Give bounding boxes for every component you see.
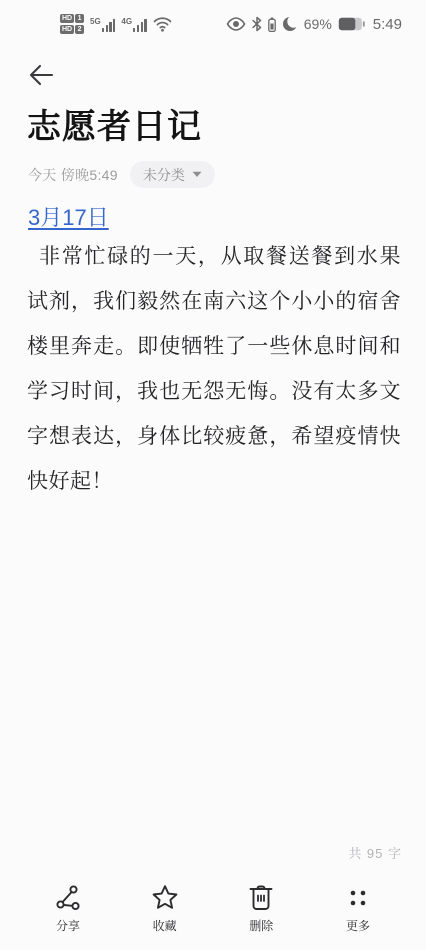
more-icon — [342, 882, 374, 914]
note-body-text[interactable]: 非常忙碌的一天，从取餐送餐到水果试剂，我们毅然在南六这个小小的宿舍楼里奔走。即使… — [27, 234, 401, 504]
network-type-label: 5G — [90, 18, 101, 26]
sim2-badge: 2 — [75, 25, 84, 34]
note-meta-row: 今天 傍晚5:49 未分类 — [28, 161, 402, 188]
signal-bars-icon — [102, 19, 116, 32]
wifi-icon — [153, 16, 172, 32]
bottom-toolbar: 分享 收藏 删除 — [0, 878, 426, 950]
share-button[interactable]: 分享 — [36, 882, 100, 934]
status-left-group: HD 1 HD 2 5G 4G — [60, 14, 172, 34]
bluetooth-icon — [252, 16, 262, 32]
hd-badge: HD — [60, 14, 74, 23]
status-bar: HD 1 HD 2 5G 4G — [0, 6, 426, 42]
chevron-down-icon — [192, 171, 202, 178]
do-not-disturb-moon-icon — [282, 16, 298, 32]
trash-icon — [245, 882, 277, 914]
signal-5g-icon: 5G — [90, 16, 115, 32]
hd-badge: HD — [60, 25, 74, 34]
more-label: 更多 — [346, 917, 370, 934]
volte-hd-sim2-icon: HD 2 — [60, 25, 84, 34]
share-label: 分享 — [56, 917, 80, 934]
category-label: 未分类 — [143, 165, 185, 185]
more-button[interactable]: 更多 — [326, 882, 390, 934]
delete-button[interactable]: 删除 — [229, 882, 293, 934]
favorite-label: 收藏 — [153, 917, 177, 934]
favorite-button[interactable]: 收藏 — [133, 882, 197, 934]
delete-label: 删除 — [249, 917, 273, 934]
signal-bars-icon — [133, 19, 147, 32]
battery-icon — [338, 17, 365, 31]
status-right-group: 69% 5:49 — [226, 16, 402, 33]
category-dropdown[interactable]: 未分类 — [130, 161, 215, 188]
signal-4g-icon: 4G — [121, 16, 146, 32]
favorite-icon — [149, 882, 181, 914]
eye-comfort-icon — [226, 17, 246, 31]
network-type-label: 4G — [121, 18, 132, 26]
note-modified-time: 今天 傍晚5:49 — [28, 165, 118, 185]
note-date-link[interactable]: 3月17日 — [28, 201, 109, 232]
status-time-label: 5:49 — [373, 16, 402, 33]
share-icon — [52, 882, 84, 914]
notes-app-screen: HD 1 HD 2 5G 4G — [0, 0, 426, 950]
sim1-badge: 1 — [75, 14, 84, 23]
note-title[interactable]: 志愿者日记 — [27, 99, 402, 148]
volte-hd-sim1-icon: HD 1 — [60, 14, 84, 23]
word-count-label: 共 95 字 — [348, 843, 402, 862]
bluetooth-battery-icon — [268, 17, 276, 32]
volte-hd-icons: HD 1 HD 2 — [60, 14, 84, 34]
back-button[interactable] — [24, 58, 60, 94]
battery-percent-label: 69% — [304, 16, 332, 32]
